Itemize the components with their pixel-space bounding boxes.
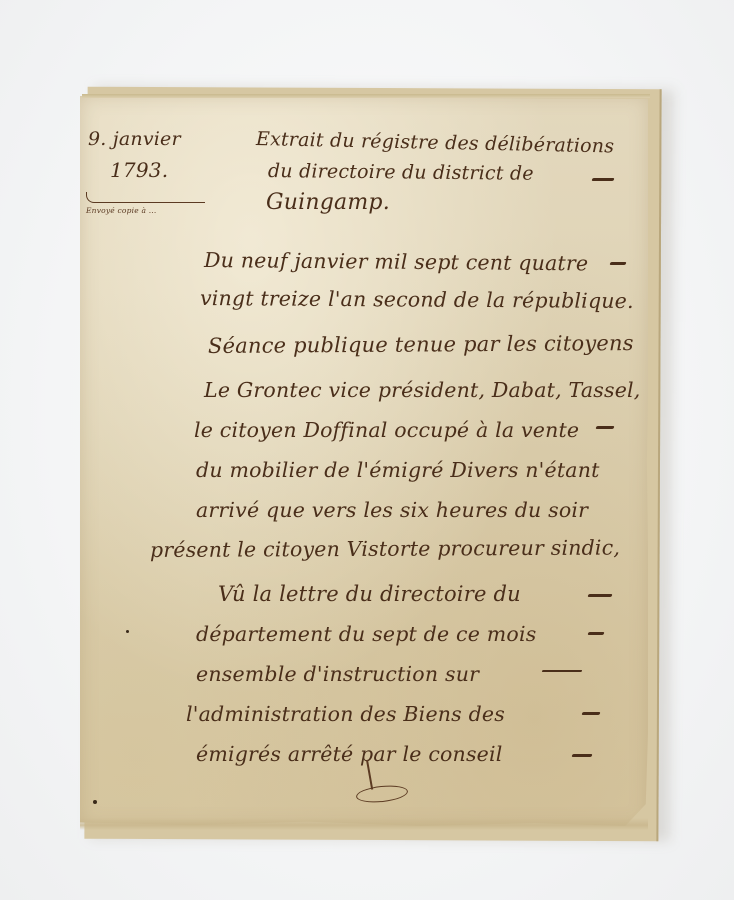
body-line-9: Vû la lettre du directoire du bbox=[218, 582, 521, 606]
line-filler-dash bbox=[591, 178, 614, 181]
line-filler-dash bbox=[571, 754, 592, 757]
body-line-8: présent le citoyen Vistorte procureur si… bbox=[150, 536, 620, 562]
margin-note: Envoyé copie à ... bbox=[86, 206, 156, 215]
line-filler-dash bbox=[587, 594, 612, 597]
body-line-7: arrivé que vers les six heures du soir bbox=[196, 498, 588, 522]
ink-spot bbox=[126, 630, 129, 633]
line-filler-dash bbox=[587, 632, 604, 635]
body-line-13: émigrés arrêté par le conseil bbox=[196, 742, 503, 766]
paper-top-edge bbox=[82, 94, 650, 98]
margin-date: 9. janvier bbox=[88, 128, 181, 150]
line-filler-dash bbox=[595, 426, 614, 429]
body-line-11: ensemble d'instruction sur bbox=[196, 662, 479, 686]
body-line-10: département du sept de ce mois bbox=[196, 622, 536, 646]
body-line-12: l'administration des Biens des bbox=[186, 702, 505, 726]
heading-line-2: du directoire du district de bbox=[268, 160, 534, 185]
body-line-5: le citoyen Doffinal occupé à la vente bbox=[194, 418, 579, 442]
ink-spot bbox=[93, 800, 97, 804]
margin-year: 1793. bbox=[110, 158, 168, 182]
body-line-4: Le Grontec vice président, Dabat, Tassel… bbox=[204, 378, 641, 402]
body-line-1: Du neuf janvier mil sept cent quatre bbox=[204, 248, 588, 275]
line-filler-dash bbox=[542, 670, 583, 672]
line-filler-dash bbox=[581, 712, 600, 715]
margin-flourish bbox=[86, 192, 205, 203]
body-line-6: du mobilier de l'émigré Divers n'étant bbox=[196, 458, 600, 482]
body-line-2: vingt treize l'an second de la républiqu… bbox=[200, 286, 634, 313]
line-filler-dash bbox=[609, 262, 626, 265]
body-line-3: Séance publique tenue par les citoyens bbox=[208, 331, 634, 358]
heading-line-3: Guingamp. bbox=[266, 190, 390, 215]
torn-bottom-edge bbox=[80, 818, 648, 830]
